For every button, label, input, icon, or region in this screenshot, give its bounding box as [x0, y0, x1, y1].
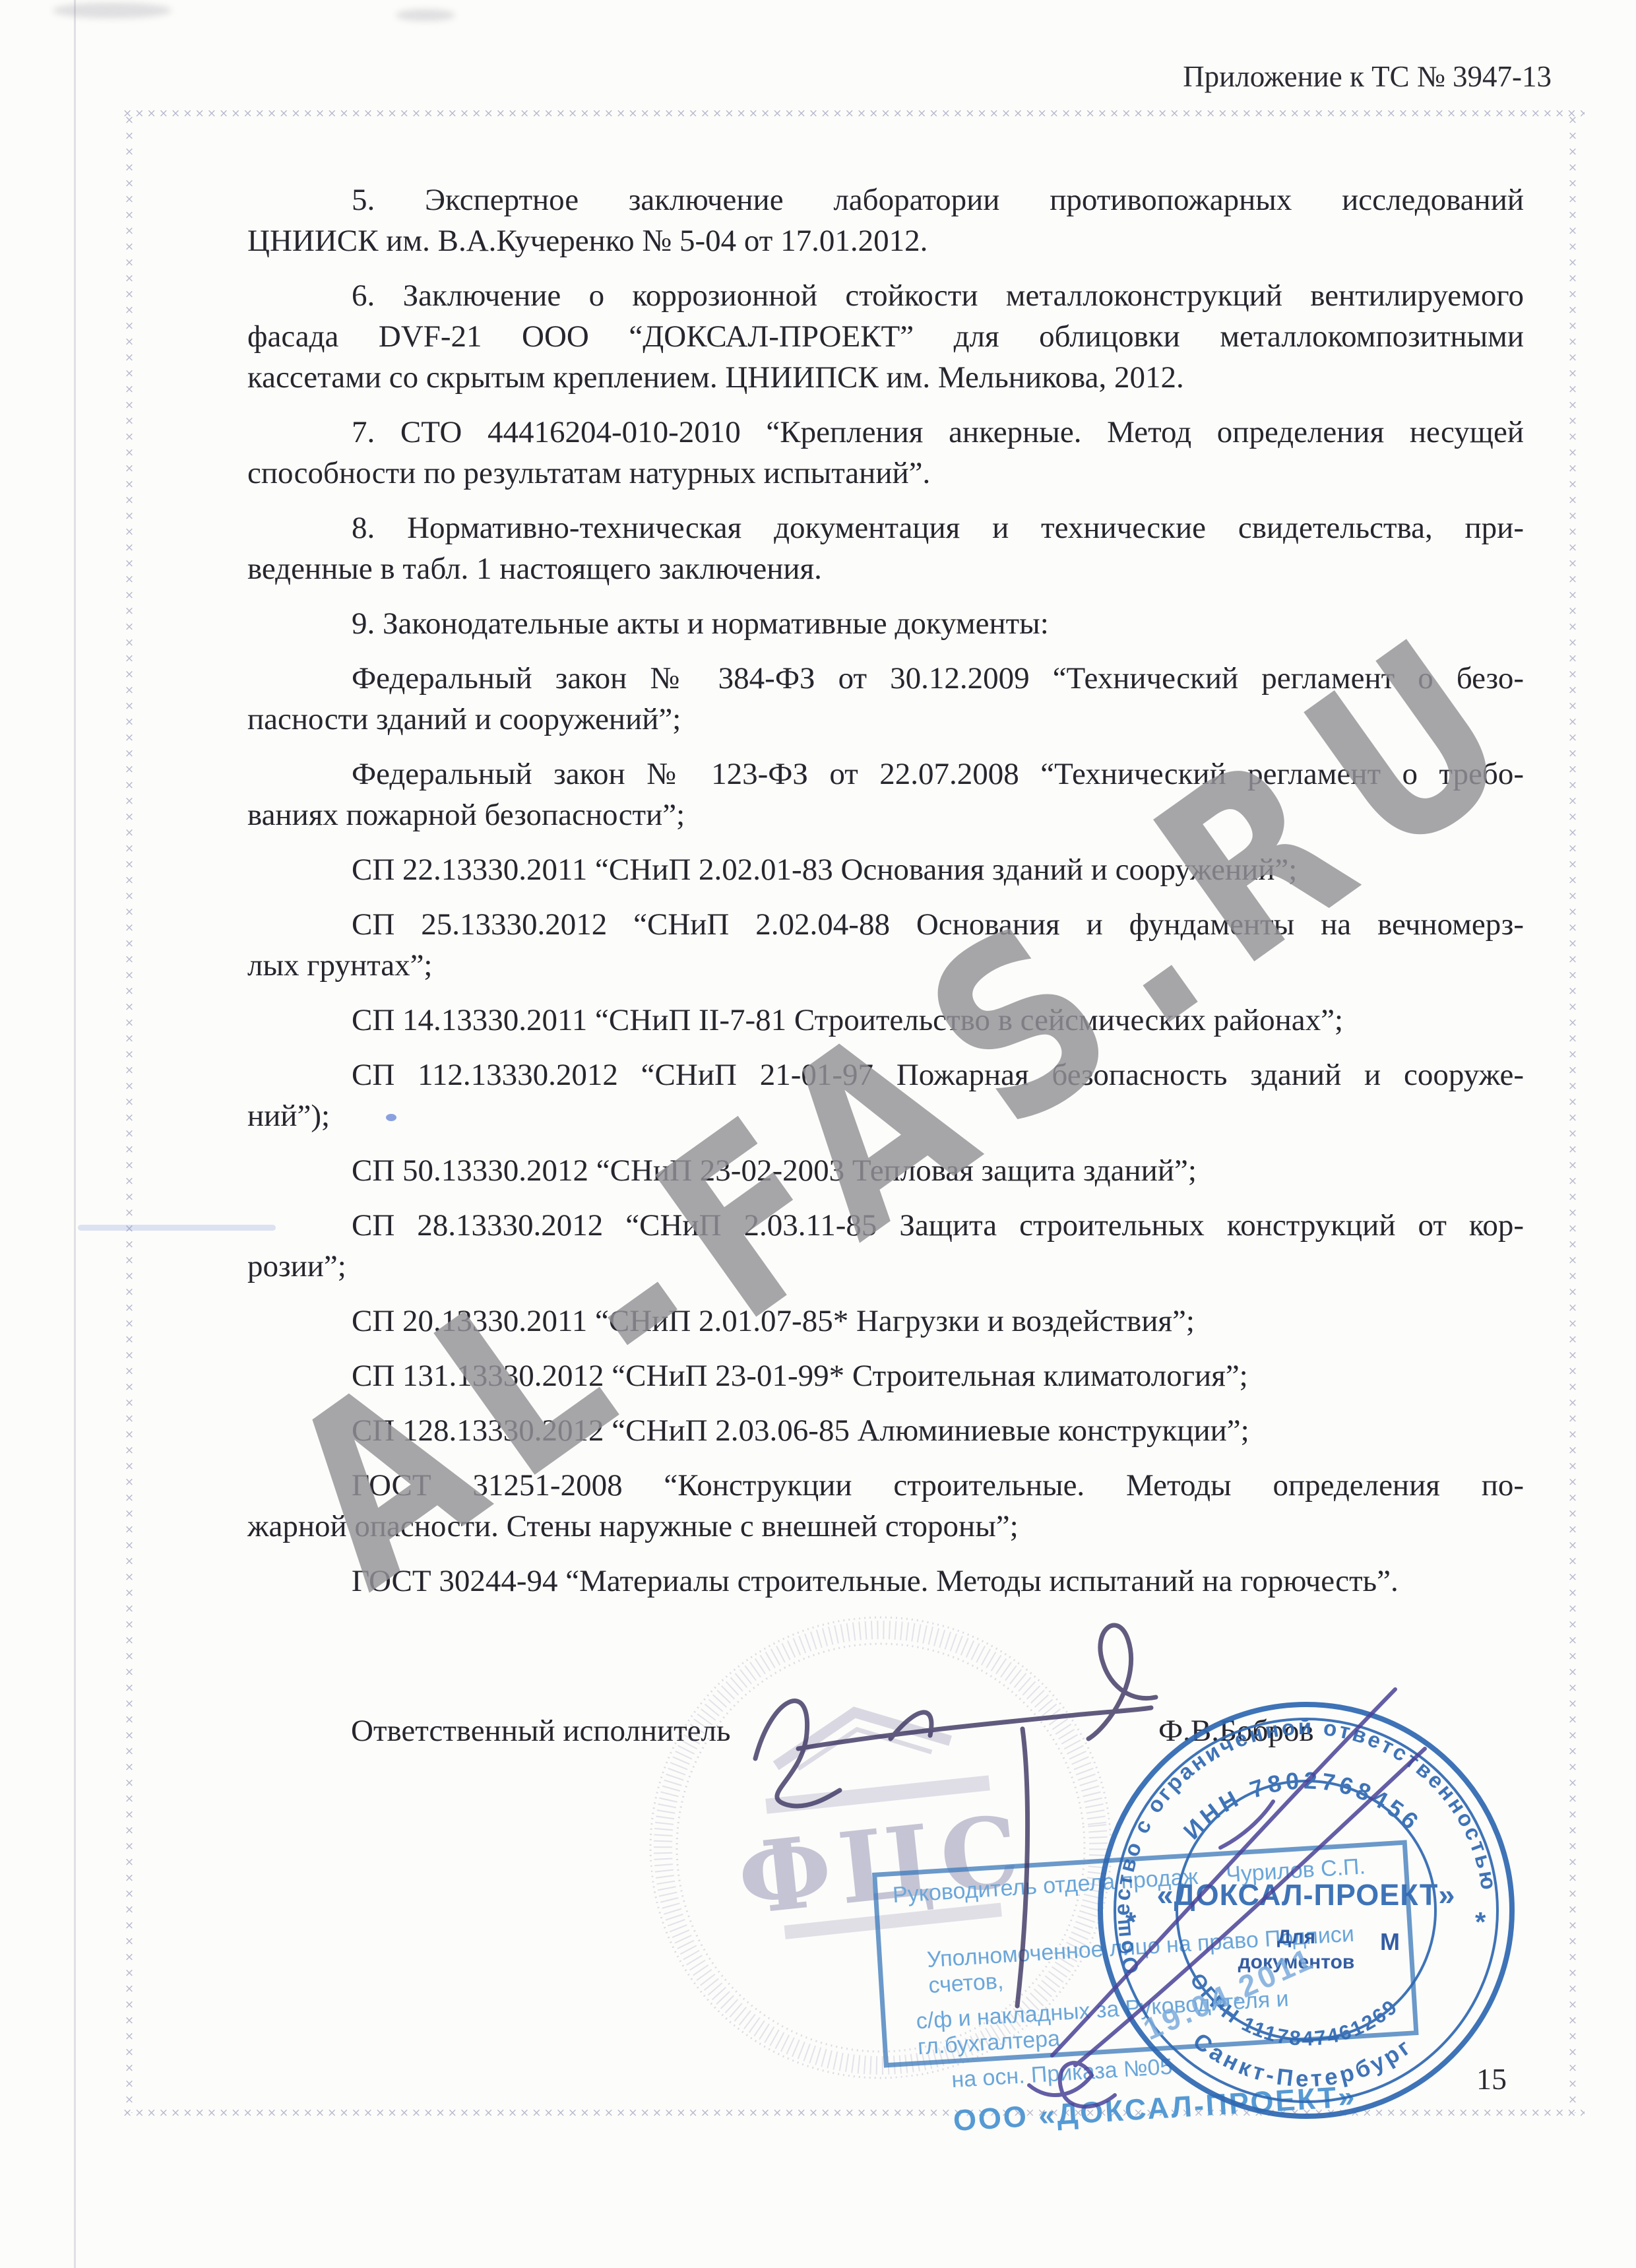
text-line: 8. Нормативно-техническая документация и… — [247, 507, 1524, 548]
paragraph: 8. Нормативно-техническая документация и… — [247, 507, 1524, 589]
scan-edge-line — [74, 0, 76, 2268]
paragraph: 6. Заключение о коррозионной стойкости м… — [247, 275, 1524, 398]
scan-smudge — [396, 9, 455, 21]
paragraph: 7. СТО 44416204-010-2010 “Крепления анке… — [247, 412, 1524, 494]
text-line: способности по результатам натурных испы… — [247, 453, 1524, 494]
ink-dot — [386, 1114, 396, 1121]
text-line: фасада DVF-21 ООО “ДОКСАЛ-ПРОЕКТ” для об… — [247, 316, 1524, 357]
text-line: 6. Заключение о коррозионной стойкости м… — [247, 275, 1524, 316]
text-line: 7. СТО 44416204-010-2010 “Крепления анке… — [247, 412, 1524, 453]
zigzag-border-right: ××××××××××××××××××××××××××××××××××××××××… — [1563, 113, 1581, 2113]
document-header: Приложение к ТС № 3947-13 — [1183, 59, 1552, 94]
scan-smudge — [53, 3, 172, 18]
text-line: 5. Экспертное заключение лаборатории про… — [247, 179, 1524, 220]
text-line: ЦНИИСК им. В.А.Кучеренко № 5-04 от 17.01… — [247, 220, 1524, 261]
stamp-signature — [983, 1630, 1484, 2131]
zigzag-border-top: ××××××××××××××××××××××××××××××××××××××××… — [123, 106, 1585, 123]
text-line: веденные в табл. 1 настоящего заключения… — [247, 548, 1524, 589]
scanned-document-page: ××××××××××××××××××××××××××××××××××××××××… — [0, 0, 1636, 2268]
zigzag-border-left: ××××××××××××××××××××××××××××××××××××××××… — [120, 113, 137, 2113]
text-line: кассетами со скрытым креплением. ЦНИИПСК… — [247, 357, 1524, 398]
paragraph: 5. Экспертное заключение лаборатории про… — [247, 179, 1524, 261]
ink-smear — [78, 1225, 276, 1231]
